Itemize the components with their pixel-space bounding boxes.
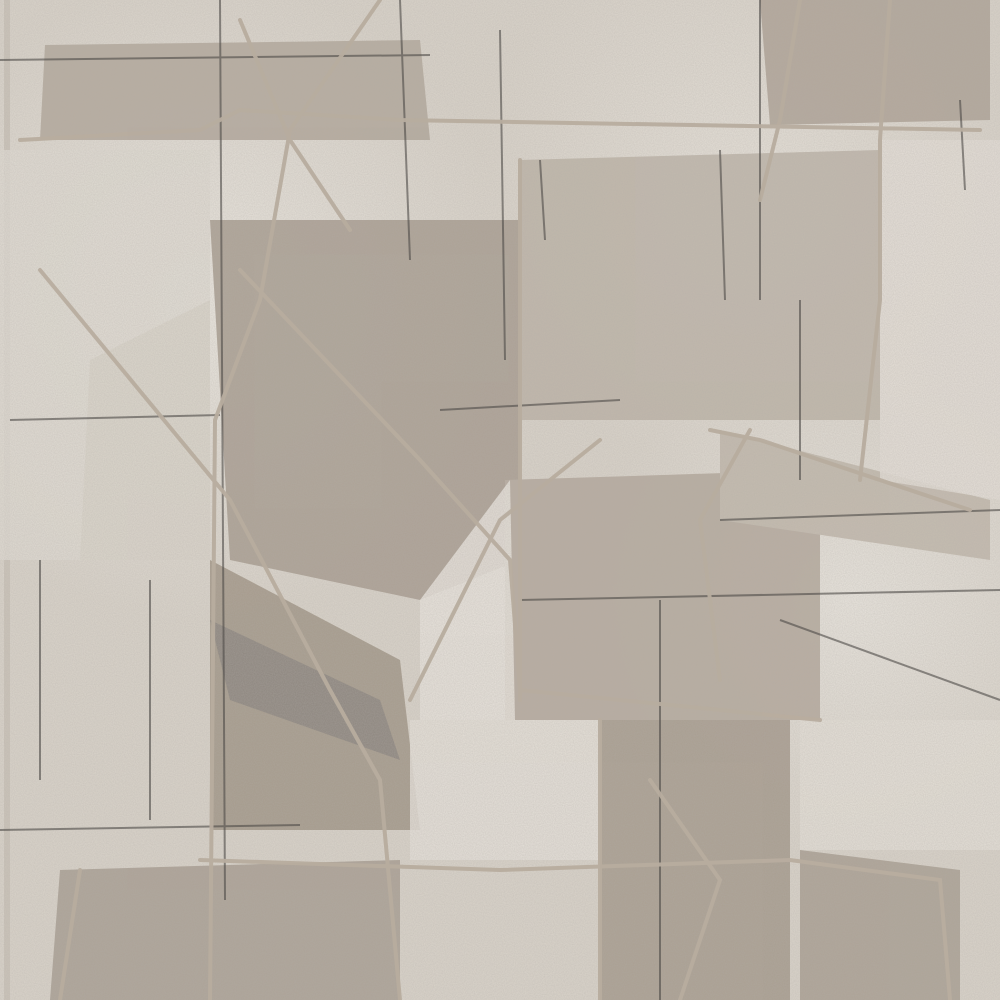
rug-image [0, 0, 1000, 1000]
rug-pattern [0, 0, 1000, 1000]
